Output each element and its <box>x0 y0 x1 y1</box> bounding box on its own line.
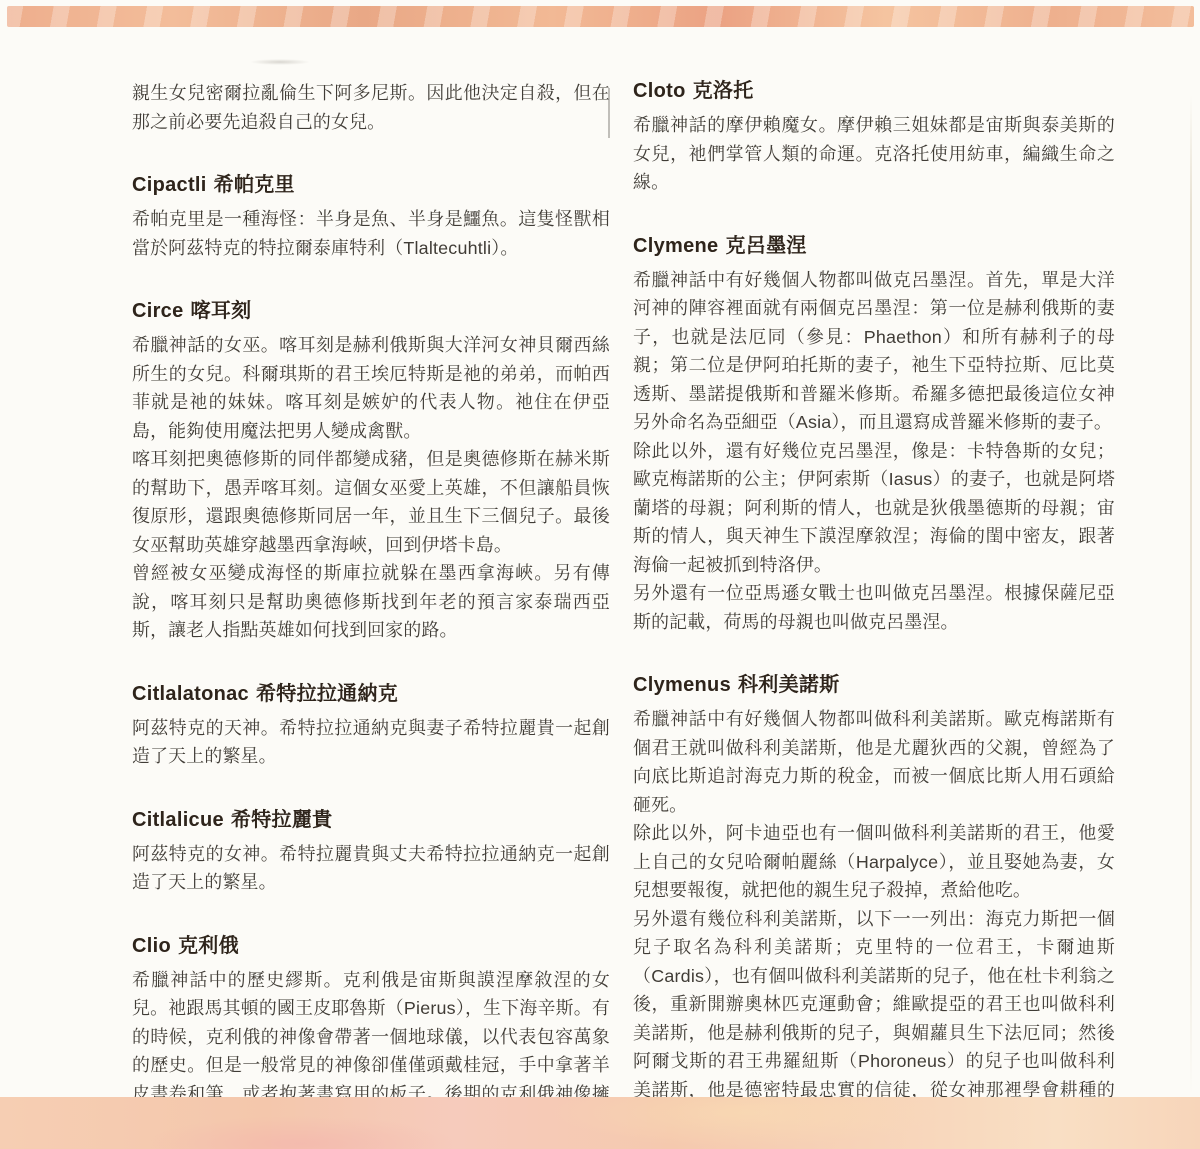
entry-clymene: Clymene克呂墨涅 希臘神話中有好幾個人物都叫做克呂墨涅。首先，單是大洋河神… <box>633 234 1115 637</box>
term-chinese: 克呂墨涅 <box>725 235 806 257</box>
term-latin: Clymenus <box>633 674 731 696</box>
entry-cipactli: Cipactli希帕克里 希帕克里是一種海怪：半身是魚、半身是鱷魚。這隻怪獸相當… <box>132 173 610 262</box>
term-chinese: 希特拉麗貴 <box>231 809 333 831</box>
entry-paragraph: 希臘神話的摩伊賴魔女。摩伊賴三姐妹都是宙斯與泰美斯的女兒，祂們掌管人類的命運。克… <box>633 111 1115 197</box>
page-edge-artifact <box>1190 95 1192 1095</box>
entry-circe: Circe喀耳刻 希臘神話的女巫。喀耳刻是赫利俄斯與大洋河女神貝爾西絲所生的女兒… <box>132 299 610 645</box>
term-chinese: 克洛托 <box>693 80 754 102</box>
entry-cloto: Cloto克洛托 希臘神話的摩伊賴魔女。摩伊賴三姐妹都是宙斯與泰美斯的女兒，祂們… <box>633 79 1115 197</box>
entry-paragraph: 除此以外，阿卡迪亞也有一個叫做科利美諾斯的君王，他愛上自己的女兒哈爾帕麗絲（Ha… <box>633 819 1115 905</box>
entry-paragraph: 另外還有一位亞馬遜女戰士也叫做克呂墨涅。根據保薩尼亞斯的記載，荷馬的母親也叫做克… <box>633 579 1115 636</box>
term-latin: Citlalicue <box>132 809 224 831</box>
term-chinese: 喀耳刻 <box>191 300 252 322</box>
continuation-paragraph: 親生女兒密爾拉亂倫生下阿多尼斯。因此他決定自殺，但在那之前必要先追殺自己的女兒。 <box>132 79 610 136</box>
term-latin: Cipactli <box>132 174 207 196</box>
entry-paragraph: 阿茲特克的天神。希特拉拉通納克與妻子希特拉麗貴一起創造了天上的繁星。 <box>132 714 610 771</box>
entry-clymenus: Clymenus科利美諾斯 希臘神話中有好幾個人物都叫做科利美諾斯。歐克梅諾斯有… <box>633 673 1115 1133</box>
entry-paragraph: 希臘神話的女巫。喀耳刻是赫利俄斯與大洋河女神貝爾西絲所生的女兒。科爾琪斯的君王埃… <box>132 331 610 445</box>
right-column: Cloto克洛托 希臘神話的摩伊賴魔女。摩伊賴三姐妹都是宙斯與泰美斯的女兒，祂們… <box>633 0 1115 1133</box>
entry-heading-clymenus: Clymenus科利美諾斯 <box>633 673 1115 698</box>
term-latin: Circe <box>132 300 184 322</box>
entry-heading-clio: Clio克利俄 <box>132 934 610 959</box>
entry-heading-cipactli: Cipactli希帕克里 <box>132 173 610 198</box>
entry-citlalicue: Citlalicue希特拉麗貴 阿茲特克的女神。希特拉麗貴與丈夫希特拉拉通納克一… <box>132 808 610 897</box>
entry-heading-citlalatonac: Citlalatonac希特拉拉通納克 <box>132 682 610 707</box>
entry-paragraph: 阿茲特克的女神。希特拉麗貴與丈夫希特拉拉通納克一起創造了天上的繁星。 <box>132 840 610 897</box>
entry-paragraph: 希帕克里是一種海怪：半身是魚、半身是鱷魚。這隻怪獸相當於阿茲特克的特拉爾泰庫特利… <box>132 205 610 262</box>
entry-paragraph: 希臘神話中有好幾個人物都叫做克呂墨涅。首先，單是大洋河神的陣容裡面就有兩個克呂墨… <box>633 266 1115 437</box>
term-chinese: 科利美諾斯 <box>738 674 840 696</box>
entry-paragraph: 喀耳刻把奧德修斯的同伴都變成豬，但是奧德修斯在赫米斯的幫助下，愚弄喀耳刻。這個女… <box>132 445 610 559</box>
scan-smudge-artifact <box>250 58 310 66</box>
entry-heading-clymene: Clymene克呂墨涅 <box>633 234 1115 259</box>
term-latin: Cloto <box>633 80 686 102</box>
term-chinese: 克利俄 <box>178 935 239 957</box>
entry-heading-citlalicue: Citlalicue希特拉麗貴 <box>132 808 610 833</box>
term-latin: Citlalatonac <box>132 683 249 705</box>
page-bottom-edge-strip <box>0 1097 1200 1149</box>
entry-heading-cloto: Cloto克洛托 <box>633 79 1115 104</box>
term-latin: Clio <box>132 935 171 957</box>
entry-heading-circe: Circe喀耳刻 <box>132 299 610 324</box>
term-chinese: 希帕克里 <box>214 174 295 196</box>
left-column: 親生女兒密爾拉亂倫生下阿多尼斯。因此他決定自殺，但在那之前必要先追殺自己的女兒。… <box>132 0 610 1137</box>
entry-paragraph: 除此以外，還有好幾位克呂墨涅，像是：卡特魯斯的女兒；歐克梅諾斯的公主；伊阿索斯（… <box>633 437 1115 580</box>
term-latin: Clymene <box>633 235 718 257</box>
entry-citlalatonac: Citlalatonac希特拉拉通納克 阿茲特克的天神。希特拉拉通納克與妻子希特… <box>132 682 610 771</box>
term-chinese: 希特拉拉通納克 <box>256 683 398 705</box>
entry-paragraph: 曾經被女巫變成海怪的斯庫拉就躲在墨西拿海峽。另有傳說，喀耳刻只是幫助奧德修斯找到… <box>132 559 610 645</box>
entry-paragraph: 希臘神話中有好幾個人物都叫做科利美諾斯。歐克梅諾斯有個君王就叫做科利美諾斯，他是… <box>633 705 1115 819</box>
scanned-book-page: 親生女兒密爾拉亂倫生下阿多尼斯。因此他決定自殺，但在那之前必要先追殺自己的女兒。… <box>0 0 1200 1149</box>
scan-line-artifact <box>608 88 610 138</box>
